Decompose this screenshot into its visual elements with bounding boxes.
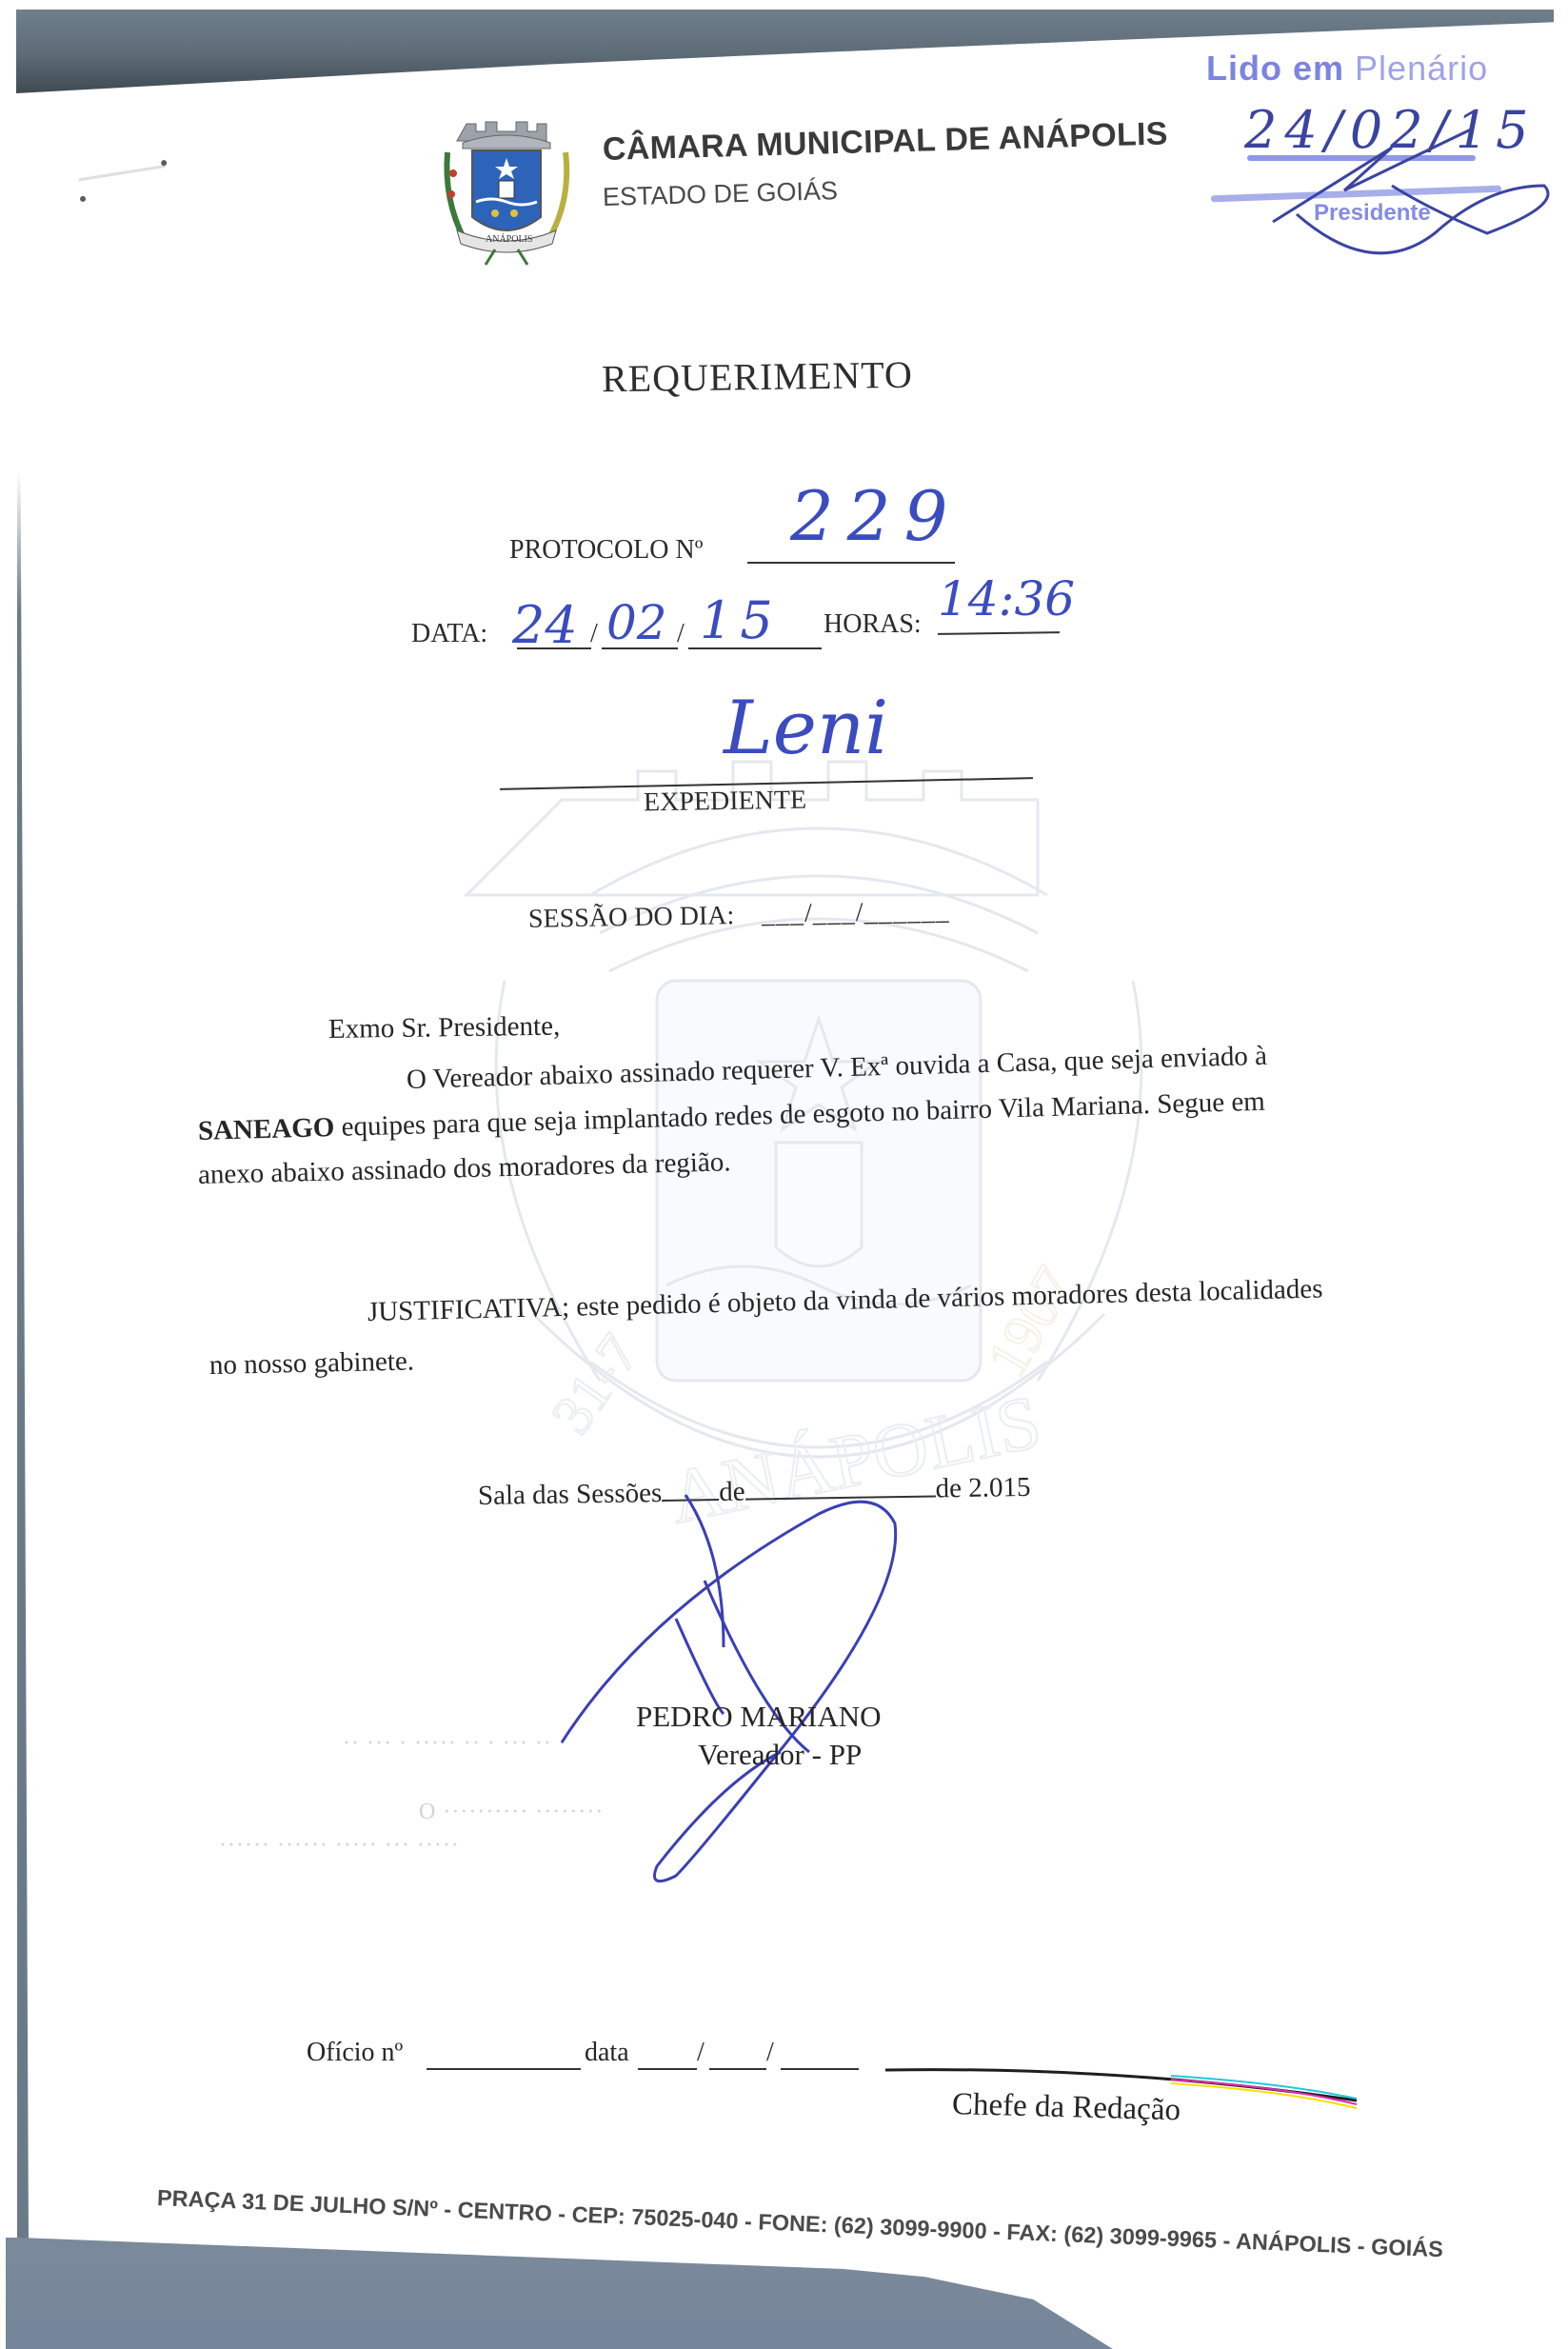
show-through-text: ······ ······ ····· ··· ····· [219, 1833, 460, 1859]
organization-state: ESTADO DE GOIÁS [603, 176, 839, 212]
councilor-role: Vereador - PP [698, 1738, 862, 1772]
date-label: DATA: [411, 619, 487, 649]
svg-text:1907: 1907 [975, 1257, 1086, 1387]
oficio-day-field[interactable] [638, 2068, 697, 2070]
scanner-shadow-bottom [6, 2238, 1358, 2349]
document-title: REQUERIMENTO [602, 352, 913, 402]
date-separator: / [590, 619, 598, 649]
time-value: 14:36 [938, 571, 1075, 627]
councilor-signature-icon [533, 1485, 981, 1885]
expediente-label: EXPEDIENTE [644, 786, 807, 819]
time-label: HORAS: [824, 609, 922, 640]
date-day-value: 24 [512, 595, 578, 655]
protocol-field[interactable] [747, 562, 955, 564]
time-field[interactable] [938, 631, 1060, 635]
read-in-plenary-stamp: Lido em Plenário 24/02/15 Presidente [1201, 43, 1563, 262]
scanner-shadow-left [17, 471, 29, 2242]
svg-text:31-7: 31-7 [540, 1324, 651, 1445]
oficio-year-field[interactable] [781, 2068, 859, 2070]
oficio-number-field[interactable] [427, 2068, 581, 2070]
salutation: Exmo Sr. Presidente, [328, 1011, 561, 1045]
expediente-initials: Leni [724, 686, 888, 771]
saneago-bold: SANEAGO [198, 1112, 335, 1146]
date-separator: / [766, 2038, 774, 2068]
date-separator: / [697, 2038, 705, 2068]
date-separator: / [677, 619, 685, 649]
oficio-month-field[interactable] [709, 2068, 766, 2070]
session-date-field[interactable]: ___/___/______ [762, 896, 950, 929]
svg-text:ANÁPOLIS: ANÁPOLIS [486, 233, 532, 245]
organization-name: CÂMARA MUNICIPAL DE ANÁPOLIS [602, 115, 1168, 169]
staple-icon [79, 165, 169, 202]
protocol-label: PROTOCOLO Nº [509, 535, 703, 566]
municipal-crest-icon: ANÁPOLIS [438, 114, 576, 267]
chief-label: Chefe da Redação [952, 2087, 1181, 2128]
justification-line-2: no nosso gabinete. [209, 1345, 415, 1381]
session-label: SESSÃO DO DIA: [528, 901, 735, 935]
protocol-number: 229 [790, 476, 961, 556]
councilor-name: PEDRO MARIANO [636, 1700, 882, 1734]
president-signature-icon [1201, 43, 1563, 262]
oficio-label: Ofício nº [307, 2038, 403, 2068]
date-year-value: 15 [700, 590, 781, 650]
date-month-value: 02 [606, 595, 667, 650]
oficio-date-label: data [585, 2038, 629, 2068]
